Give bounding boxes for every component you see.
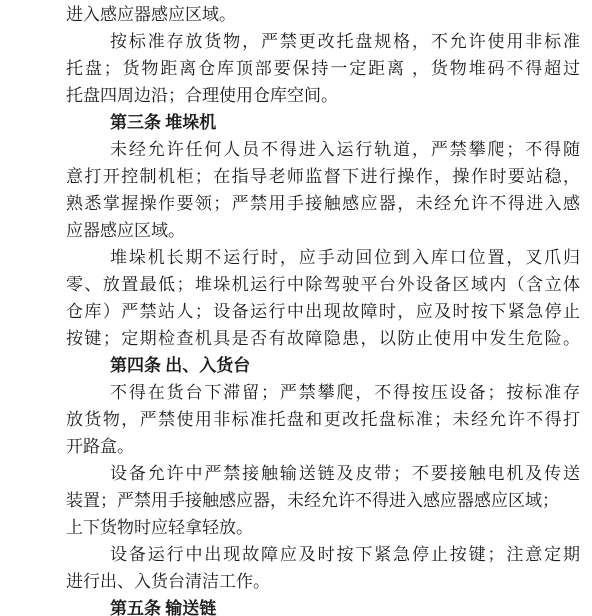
paragraph-line: 按键；定期检查机具是否有故障隐患，以防止使用中发生危险。 — [66, 325, 580, 352]
paragraph-line: 应器感应区域。 — [66, 217, 580, 244]
paragraph-line: 零、放置最低；堆垛机运行中除驾驶平台外设备区域内（含立体 — [66, 271, 580, 298]
paragraph-line: 上下货物时应轻拿轻放。 — [66, 514, 580, 541]
paragraph-line: 未经允许任何人员不得进入运行轨道，严禁攀爬；不得随 — [66, 136, 580, 163]
paragraph-line: 托盘四周边沿；合理使用仓库空间。 — [66, 82, 580, 109]
paragraph-line: 意打开控制机柜；在指导老师监督下进行操作，操作时要站稳， — [66, 163, 580, 190]
section-heading: 第五条 输送链 — [66, 595, 580, 616]
paragraph-line: 进行出、入货台清洁工作。 — [66, 568, 580, 595]
paragraph-line: 熟悉掌握操作要领；严禁用手接触感应器，未经允许不得进入感 — [66, 190, 580, 217]
paragraph-line: 按标准存放货物，严禁更改托盘规格，不允许使用非标准 — [66, 28, 580, 55]
paragraph-line: 设备允许中严禁接触输送链及皮带；不要接触电机及传送 — [66, 460, 580, 487]
section-heading: 第四条 出、入货台 — [66, 352, 580, 379]
paragraph-line: 设备运行中出现故障应及时按下紧急停止按键；注意定期 — [66, 541, 580, 568]
paragraph-line: 装置；严禁用手接触感应器，未经允许不得进入感应器感应区域； — [66, 487, 580, 514]
paragraph-line: 进入感应器感应区域。 — [66, 1, 580, 28]
paragraph-line: 开路盒。 — [66, 433, 580, 460]
paragraph-line: 不得在货台下滞留；严禁攀爬，不得按压设备；按标准存 — [66, 379, 580, 406]
paragraph-line: 堆垛机长期不运行时，应手动回位到入库口位置，叉爪归 — [66, 244, 580, 271]
section-heading: 第三条 堆垛机 — [66, 109, 580, 136]
paragraph-line: 仓库）严禁站人；设备运行中出现故障时，应及时按下紧急停止 — [66, 298, 580, 325]
document-page: 进入感应器感应区域。 按标准存放货物，严禁更改托盘规格，不允许使用非标准 托盘；… — [0, 0, 592, 616]
paragraph-line: 放货物，严禁使用非标准托盘和更改托盘标准；未经允许不得打 — [66, 406, 580, 433]
paragraph-line: 托盘；货物距离仓库顶部要保持一定距离 ，货物堆码不得超过 — [66, 55, 580, 82]
